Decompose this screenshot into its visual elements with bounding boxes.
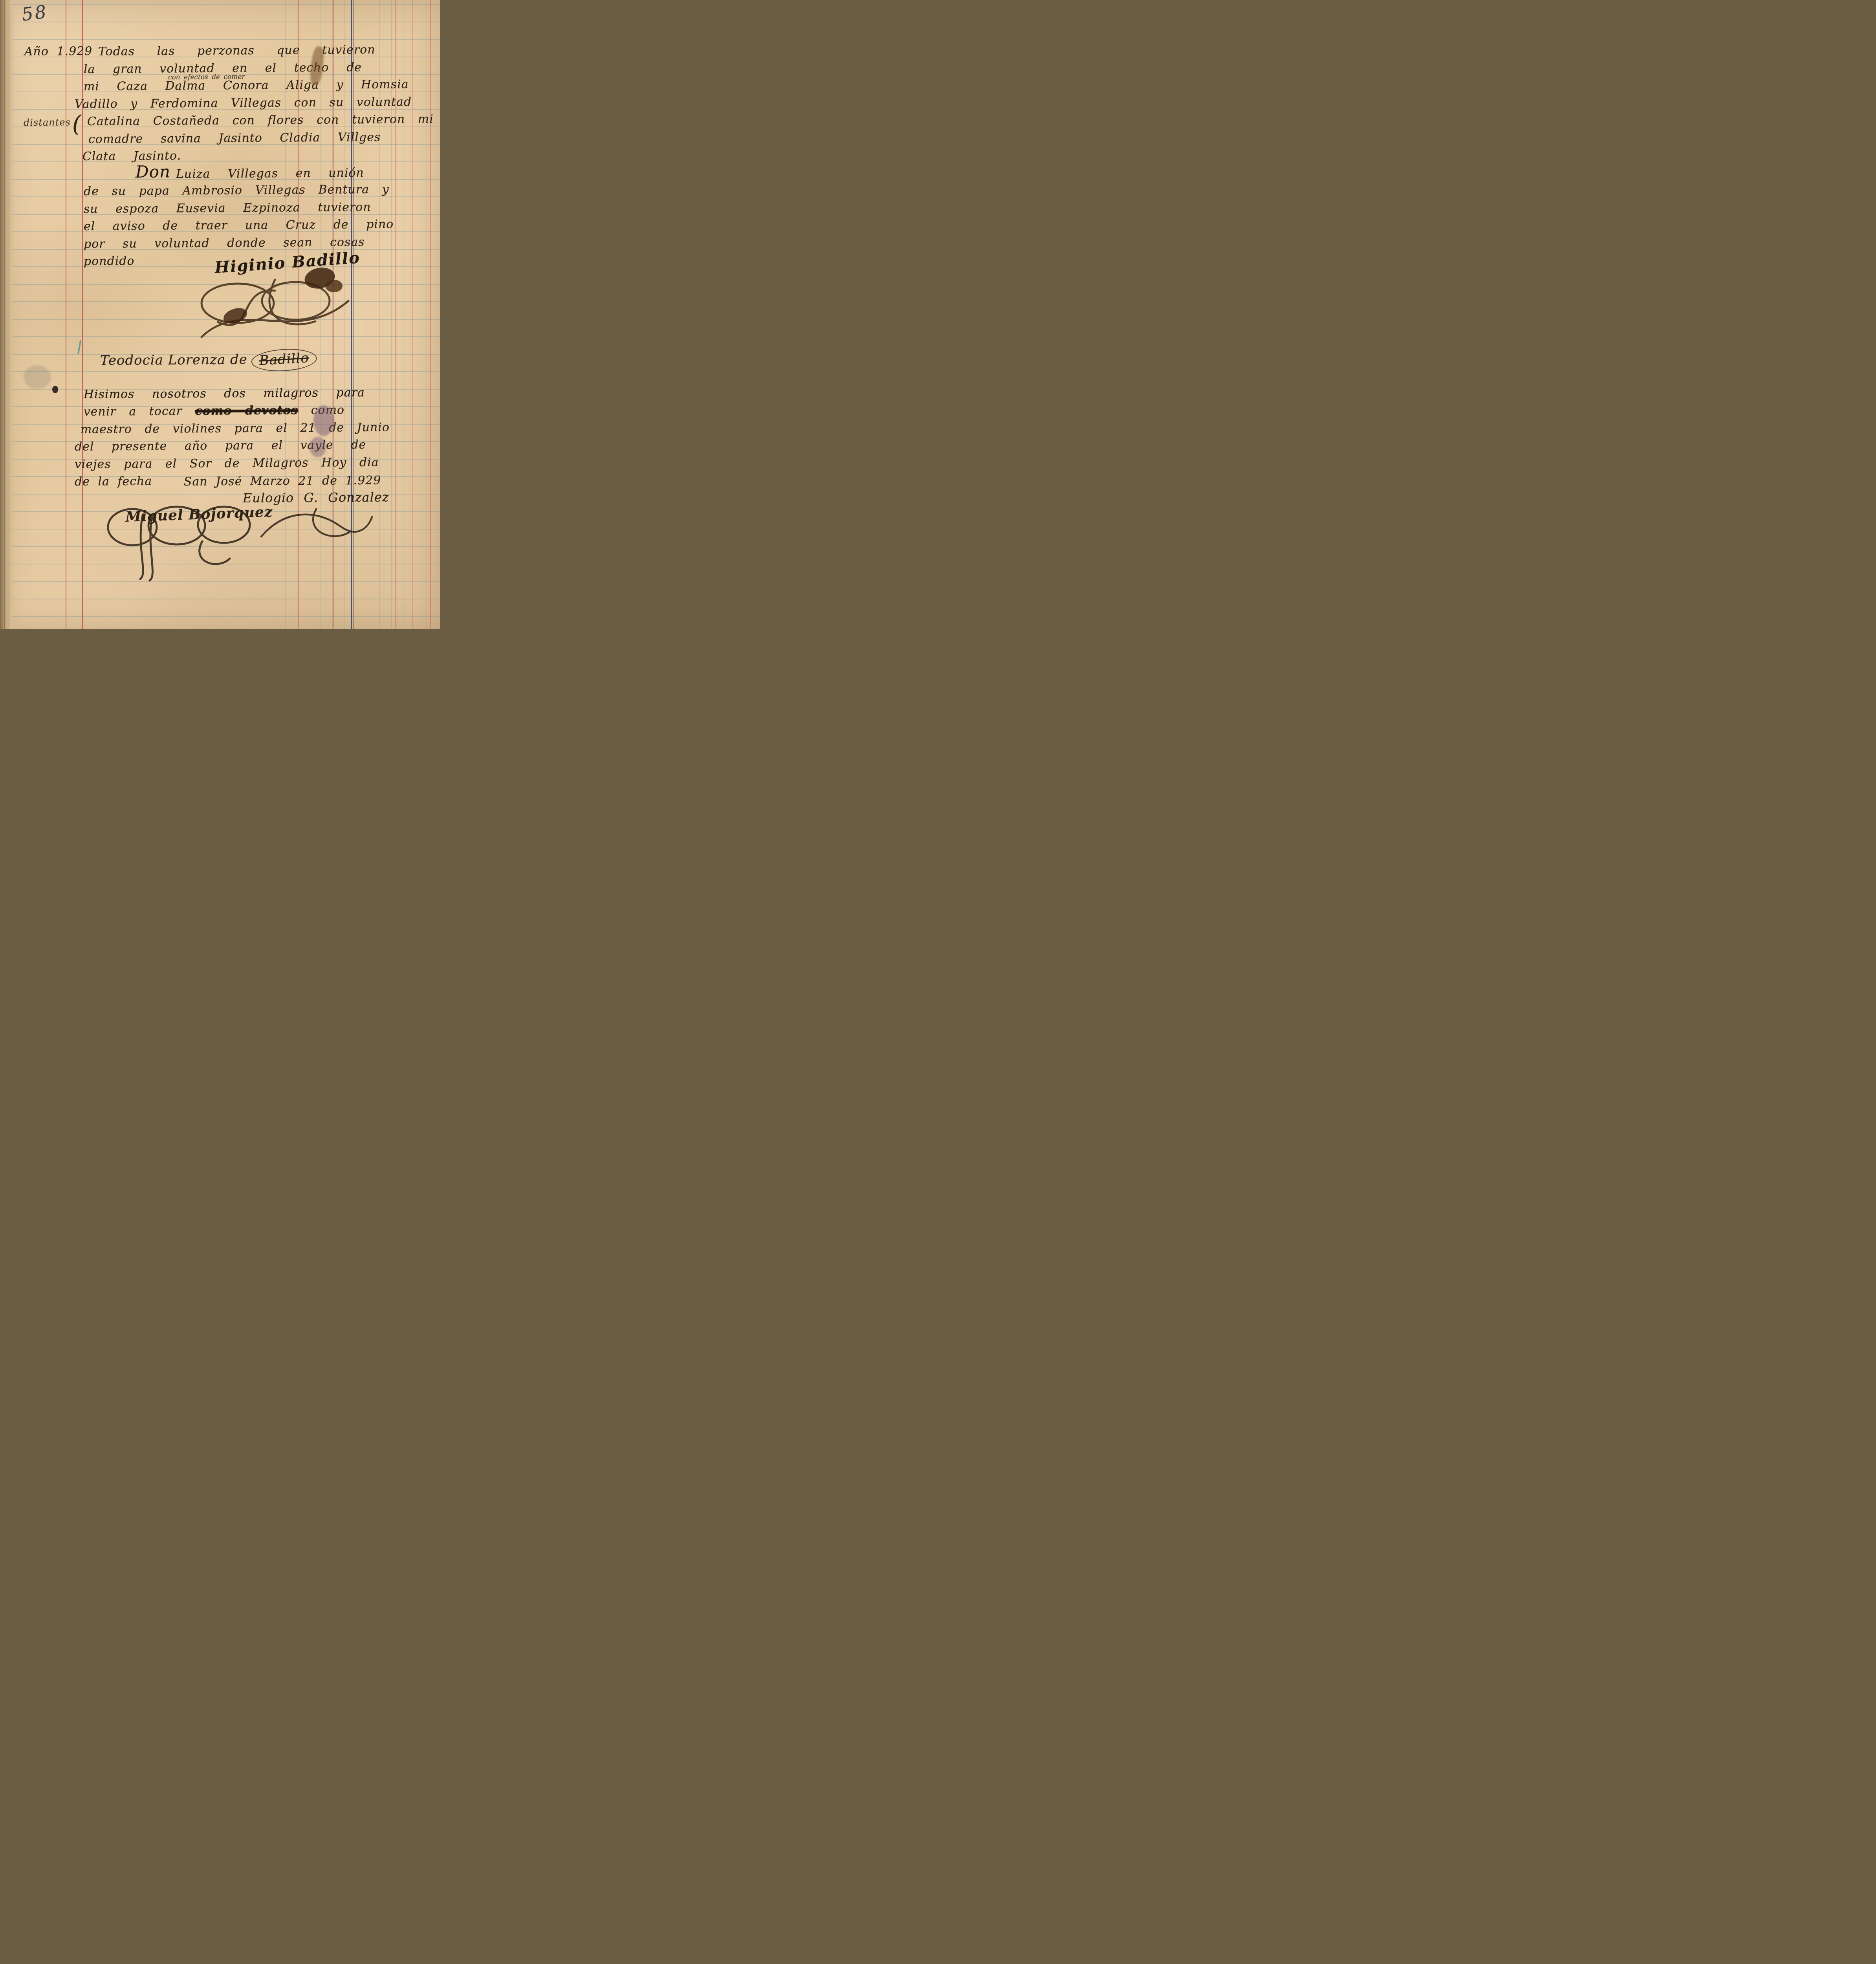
badillo-signature-flourish xyxy=(194,275,355,346)
column-red-line-5 xyxy=(431,0,431,629)
column-red-line-1 xyxy=(298,0,299,629)
entry2-line-2: de su papa Ambrosio Villegas Bentura y xyxy=(84,182,389,200)
stray-ink-dot xyxy=(52,386,58,393)
margin-note-year: Año 1.929 xyxy=(24,44,93,60)
signature-teodocia: Teodocia Lorenza deBadillo xyxy=(100,349,317,372)
opening-bracket: ( xyxy=(72,112,82,135)
ink-blot-small xyxy=(325,280,343,292)
entry3-line-2: venir a tocar como devotos como xyxy=(84,402,345,420)
entry2-don-word: Don xyxy=(136,164,170,180)
page-edge-layer-2 xyxy=(9,0,9,629)
entry3-line-5: viejes para el Sor de Milagros Hoy dia xyxy=(75,455,379,473)
entry2-line-4: el aviso de traer una Cruz de pino xyxy=(84,216,394,235)
entry2-line-5: por su voluntad donde sean cosas xyxy=(84,235,365,252)
left-margin-red-line-1 xyxy=(66,0,66,629)
left-margin-red-line-2 xyxy=(82,0,83,629)
torn-binding-edge xyxy=(0,0,15,629)
ink-blot-flourish xyxy=(222,305,249,326)
teodocia-crossed-surname: Badillo xyxy=(251,347,317,373)
entry3-date-place: San José Marzo 21 de 1.929 xyxy=(184,473,381,490)
entry2-line-6: pondido xyxy=(84,253,135,269)
ledger-page: 58 Año 1.929 Todas las perzonas que tuvi… xyxy=(0,0,440,629)
eulogio-signature-flourish xyxy=(257,506,375,545)
teodocia-name: Teodocia Lorenza de xyxy=(100,352,247,368)
entry3-line2-post: como xyxy=(311,403,345,417)
column-red-line-4 xyxy=(412,0,413,629)
entry1-line-6: comadre savina Jasinto Cladia Villges xyxy=(88,130,381,147)
page-number: 58 xyxy=(20,1,49,25)
entry3-line-3: maestro de violines para el 21 de Junio xyxy=(81,420,390,438)
margin-word-distantes: distantes xyxy=(24,114,71,130)
entry3-line-1: Hisimos nosotros dos milagros para xyxy=(84,385,365,403)
page-edge-layer-1 xyxy=(4,0,5,629)
entry3-line-4: del presente año para el vayle de xyxy=(75,437,366,455)
signature-miguel: Miguel Bojorquez xyxy=(125,504,273,525)
entry1-line-5: Catalina Costañeda con flores con tuvier… xyxy=(87,112,434,130)
entry3-line-6: de la fecha xyxy=(75,474,152,490)
entry3-line2-pre: venir a tocar xyxy=(84,404,182,419)
entry2-line-1: Luiza Villegas en unión xyxy=(176,165,364,182)
entry2-line-3: su espoza Eusevia Ezpinoza tuvieron xyxy=(84,200,371,217)
column-red-line-2 xyxy=(333,0,334,629)
entry1-line-1: Todas las perzonas que tuvieron xyxy=(98,42,376,60)
entry1-line-4: Vadillo y Ferdomina Villegas con su volu… xyxy=(75,94,412,112)
bleed-through-smudge xyxy=(24,365,51,389)
signature-badillo: Higinio Badillo xyxy=(214,250,361,276)
entry3-crossed-words: como devotos xyxy=(195,403,298,418)
entry1-line-3: mi Caza Dalma Conora Aliga y Homsia xyxy=(84,77,409,95)
teal-ink-mark xyxy=(77,340,81,354)
